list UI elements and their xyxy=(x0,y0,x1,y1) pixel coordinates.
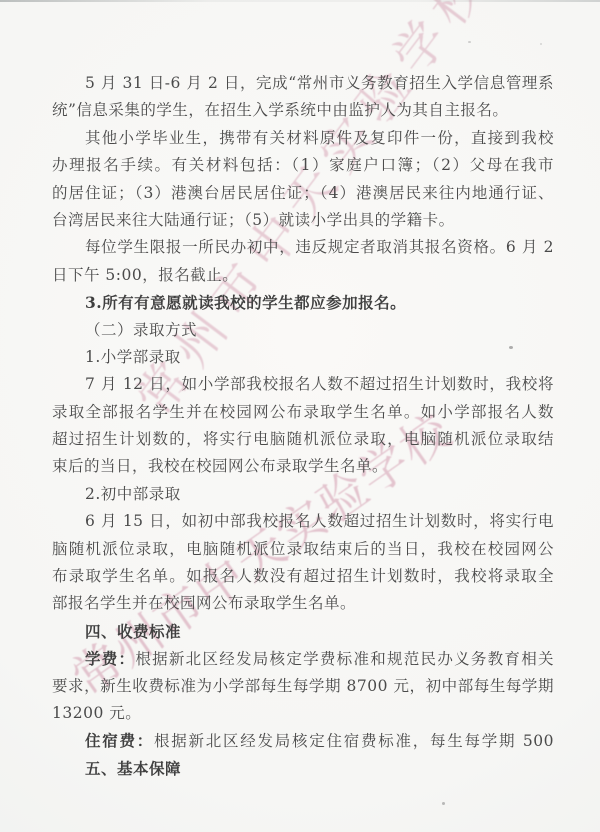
text-line: 部报名学生并在校园网公布录取学生名单。 xyxy=(52,590,554,617)
text-line: 每位学生限报一所民办初中，违反规定者取消其报名资格。6 月 2 xyxy=(52,234,554,261)
scan-speck xyxy=(272,650,275,653)
scan-speck xyxy=(442,802,445,805)
text-line: （二）录取方式 xyxy=(52,317,554,344)
text-line: 五、基本保障 xyxy=(52,755,554,782)
text-line: 13200 元。 xyxy=(52,700,554,727)
text-line: 要求，新生收费标准为小学部每生每学期 8700 元，初中部每生每学期 xyxy=(52,673,554,700)
text-line: 其他小学毕业生，携带有关材料原件及复印件一份，直接到我校 xyxy=(52,125,554,152)
scan-edge-shadow xyxy=(0,0,600,2)
text-line: 束后的当日，我校在校园网公布录取学生名单。 xyxy=(52,453,554,480)
text-line: 统”信息采集的学生，在招生入学系统中由监护人为其自主报名。 xyxy=(52,97,554,124)
text-line: 超过招生计划数的，将实行电脑随机派位录取，电脑随机派位录取结 xyxy=(52,426,554,453)
text-line: 台湾居民来往大陆通行证；（5）就读小学出具的学籍卡。 xyxy=(52,207,554,234)
text-line: 录取全部报名学生并在校园网公布录取学生名单。如小学部报名人数 xyxy=(52,399,554,426)
scan-speck xyxy=(468,41,471,43)
scan-speck xyxy=(540,43,542,45)
scan-speck xyxy=(509,346,513,349)
text-line: 住宿费：根据新北区经发局核定住宿费标准，每生每学期 500 元。 xyxy=(52,727,554,754)
text-line: 7 月 12 日，如小学部我校报名人数不超过招生计划数时，我校将 xyxy=(52,371,554,398)
text-line: 四、收费标准 xyxy=(52,618,554,645)
text-line-bold-label: 学费： xyxy=(85,649,135,668)
text-line: 2.初中部录取 xyxy=(52,481,554,508)
text-line: 布录取学生名单。如报名人数没有超过招生计划数时，我校将录取全 xyxy=(52,563,554,590)
text-line: 1.小学部录取 xyxy=(52,344,554,371)
text-line: 日下午 5:00，报名截止。 xyxy=(52,262,554,289)
text-line: 学费：根据新北区经发局核定学费标准和规范民办义务教育相关 xyxy=(52,645,554,672)
document-text-block: 5 月 31 日-6 月 2 日，完成“常州市义务教育招生入学信息管理系统”信息… xyxy=(52,70,554,782)
text-line: 5 月 31 日-6 月 2 日，完成“常州市义务教育招生入学信息管理系 xyxy=(52,70,554,97)
document-scan-page: 常州市中天实验学校常州市中天实验学校 5 月 31 日-6 月 2 日，完成“常… xyxy=(0,0,600,832)
text-line: 的居住证；（3）港澳台居民居住证；（4）港澳居民来往内地通行证、 xyxy=(52,180,554,207)
text-line-bold-label: 住宿费： xyxy=(85,731,154,750)
text-line: 办理报名手续。有关材料包括：（1）家庭户口簿；（2）父母在我市 xyxy=(52,152,554,179)
text-line: 脑随机派位录取，电脑随机派位录取结束后的当日，我校在校园网公 xyxy=(52,536,554,563)
text-line: 6 月 15 日，如初中部我校报名人数超过招生计划数时，将实行电 xyxy=(52,508,554,535)
text-line: 3.所有有意愿就读我校的学生都应参加报名。 xyxy=(52,289,554,316)
